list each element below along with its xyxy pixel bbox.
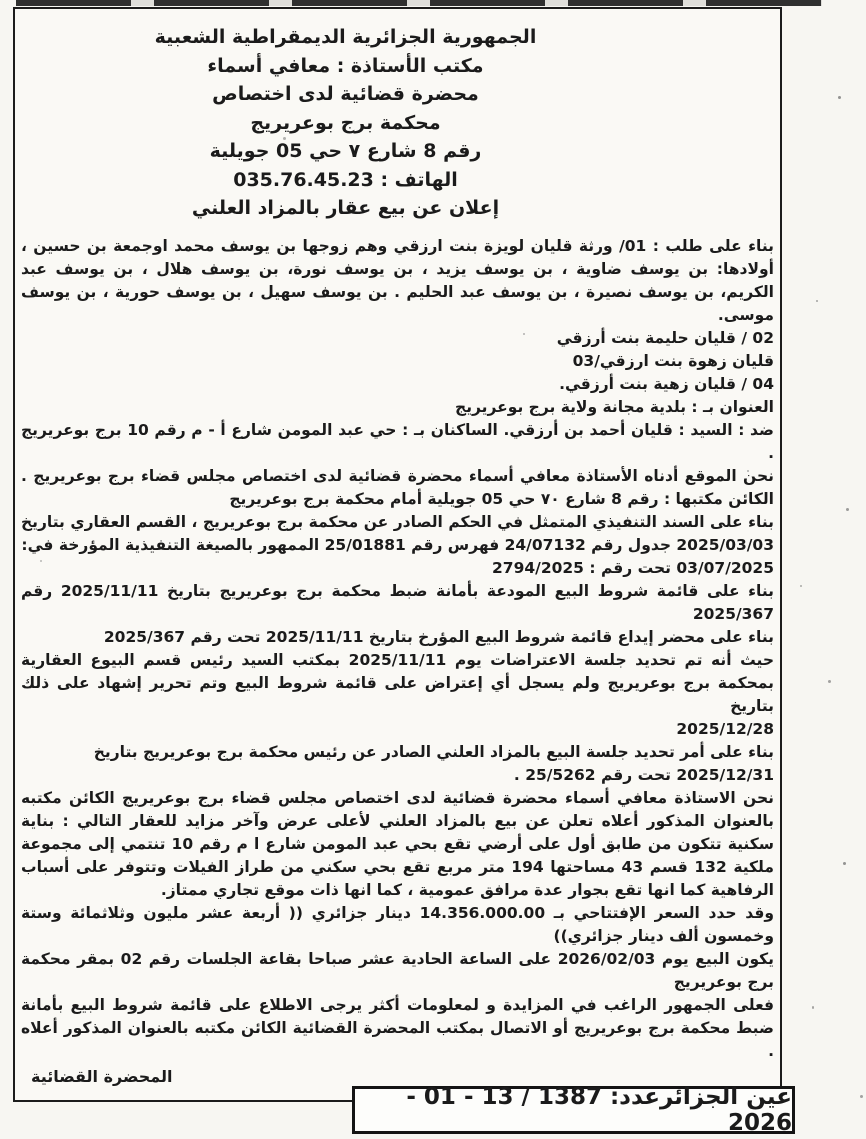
scan-speck [800, 585, 802, 587]
scan-speck [523, 333, 525, 335]
publication-reference-box: عين الجزائرعدد: 1387 / 13 - 01 - 2026 [352, 1086, 795, 1134]
scan-speck [40, 560, 42, 562]
sale-date-paragraph: يكون البيع يوم 2026/02/03 على الساعة الح… [21, 948, 774, 994]
publication-reference-text: عين الجزائرعدد: 1387 / 13 - 01 - 2026 [355, 1084, 792, 1136]
body-paragraph: 04 / قليان زهية بنت أرزقي. [21, 373, 774, 396]
republic-title: الجمهورية الجزائرية الديمقراطية الشعبية [0, 23, 722, 52]
body-paragraph: بناء على محضر إيداع قائمة شروط البيع الم… [21, 626, 774, 649]
body-paragraph: حيث أنه تم تحديد جلسة الاعتراضات يوم 202… [21, 649, 774, 718]
bailiff-title: محضرة قضائية لدى اختصاص [0, 80, 722, 109]
body-paragraph: نحن الموقع أدناه الأستاذة معافي أسماء مح… [21, 465, 774, 511]
court-name: محكمة برج بوعريريج [0, 109, 722, 138]
body-paragraph: 2025/12/31 تحت رقم 25/5262 . [21, 764, 774, 787]
notice-header: الجمهورية الجزائرية الديمقراطية الشعبية … [0, 23, 722, 223]
body-paragraph: نحن الاستاذة معافي أسماء محضرة قضائية لد… [21, 787, 774, 902]
body-paragraph: 2025/12/28 [21, 718, 774, 741]
body-paragraph: بناء على طلب : 01/ ورثة قليان لويزة بنت … [21, 235, 774, 327]
scan-speck [846, 508, 849, 511]
document-frame: الجمهورية الجزائرية الديمقراطية الشعبية … [13, 7, 782, 1102]
scan-speck [838, 96, 841, 99]
scan-speck [860, 1095, 863, 1098]
opening-price-paragraph: وقد حدد السعر الإفتتاحي بـ 14.356.000.00… [21, 902, 774, 948]
scan-speck [812, 1006, 814, 1009]
scan-speck [843, 862, 846, 865]
notice-body: بناء على طلب : 01/ ورثة قليان لويزة بنت … [21, 235, 774, 1089]
body-paragraph: 02 / قليان حليمة بنت أرزقي [21, 327, 774, 350]
body-paragraph: ضد : السيد : قليان أحمد بن أرزقي. الساكن… [21, 419, 774, 465]
phone-line: الهاتف : 035.76.45.23 [0, 166, 722, 195]
notice-title: إعلان عن بيع عقار بالمزاد العلني [0, 194, 722, 223]
scanned-notice-page: الجمهورية الجزائرية الديمقراطية الشعبية … [0, 0, 866, 1139]
office-address: رقم 8 شارع ٧ حي 05 جويلية [0, 137, 722, 166]
body-paragraph: العنوان بـ : بلدية مجانة ولاية برج بوعري… [21, 396, 774, 419]
office-title: مكتب الأستاذة : معافي أسماء [0, 52, 722, 81]
scan-speck [828, 680, 831, 683]
body-paragraph: 03/07/2025 تحت رقم : 2794/2025 [21, 557, 774, 580]
body-paragraph: قليان زهوة بنت ارزقي/03 [21, 350, 774, 373]
body-paragraph: بناء على أمر تحديد جلسة البيع بالمزاد ال… [21, 741, 774, 764]
scan-edge-artifact [16, 0, 822, 6]
body-paragraph: فعلى الجمهور الراغب في المزايدة و لمعلوم… [21, 994, 774, 1063]
scan-speck [283, 137, 286, 140]
body-paragraph: بناء على السند التنفيذي المتمثل في الحكم… [21, 511, 774, 557]
body-paragraph: بناء على قائمة شروط البيع المودعة بأمانة… [21, 580, 774, 626]
scan-speck [747, 470, 749, 472]
scan-speck [816, 300, 818, 302]
